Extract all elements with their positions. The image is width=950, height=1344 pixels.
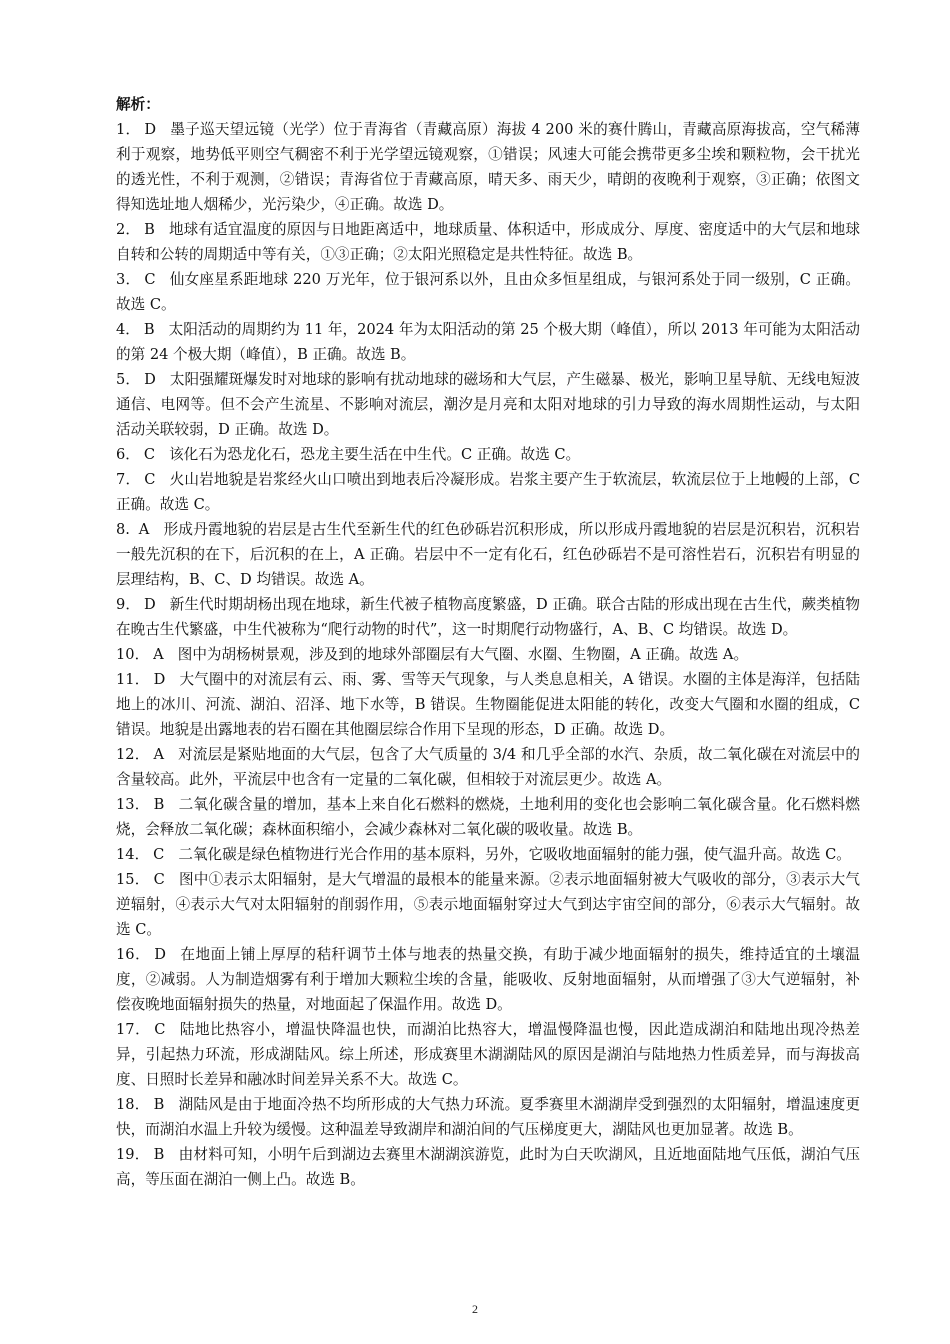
item-answer: C xyxy=(154,871,165,888)
item-answer: B xyxy=(144,221,155,238)
item-explanation: 湖陆风是由于地面冷热不均所形成的大气热力环流。夏季赛里木湖湖岸受到强烈的太阳辐射… xyxy=(116,1096,860,1138)
item-answer: C xyxy=(144,271,155,288)
item-explanation: 火山岩地貌是岩浆经火山口喷出到地表后冷凝形成。岩浆主要产生于软流层，软流层位于上… xyxy=(116,471,860,513)
item-number: 18． xyxy=(116,1096,150,1113)
item-explanation: 太阳活动的周期约为 11 年，2024 年为太阳活动的第 25 个极大期（峰值）… xyxy=(116,321,860,363)
item-answer: D xyxy=(144,596,156,613)
item-number: 10． xyxy=(116,646,149,663)
item-answer: B xyxy=(154,1096,165,1113)
item-explanation: 新生代时期胡杨出现在地球，新生代被子植物高度繁盛，D 正确。联合古陆的形成出现在… xyxy=(116,596,860,638)
item-explanation: 仙女座星系距地球 220 万光年，位于银河系以外，且由众多恒星组成，与银河系处于… xyxy=(116,271,860,313)
item-number: 8. xyxy=(116,521,135,538)
answer-item-17: 17．C陆地比热容小，增温快降温也快，而湖泊比热容大，增温慢降温也慢，因此造成湖… xyxy=(116,1017,860,1092)
item-number: 17． xyxy=(116,1021,150,1038)
item-answer: D xyxy=(154,946,166,963)
item-answer: D xyxy=(144,371,156,388)
item-number: 15． xyxy=(116,871,150,888)
item-number: 11． xyxy=(116,671,150,688)
item-answer: C xyxy=(154,1021,165,1038)
item-answer: A xyxy=(153,646,164,663)
page-number: 2 xyxy=(0,1302,950,1317)
item-number: 14． xyxy=(116,846,149,863)
item-explanation: 地球有适宜温度的原因与日地距离适中，地球质量、体积适中，形成成分、厚度、密度适中… xyxy=(116,221,860,263)
item-explanation: 图中为胡杨树景观，涉及到的地球外部圈层有大气圈、水圈、生物圈，A 正确。故选 A… xyxy=(178,646,748,663)
answer-item-2: 2．B地球有适宜温度的原因与日地距离适中，地球质量、体积适中，形成成分、厚度、密… xyxy=(116,217,860,267)
answer-item-7: 7．C火山岩地貌是岩浆经火山口喷出到地表后冷凝形成。岩浆主要产生于软流层，软流层… xyxy=(116,467,860,517)
item-explanation: 二氧化碳含量的增加，基本上来自化石燃料的燃烧，土地利用的变化也会影响二氧化碳含量… xyxy=(116,796,860,838)
answer-item-6: 6．C该化石为恐龙化石，恐龙主要生活在中生代。C 正确。故选 C。 xyxy=(116,442,860,467)
item-answer: B xyxy=(144,321,155,338)
item-explanation: 陆地比热容小，增温快降温也快，而湖泊比热容大，增温慢降温也慢，因此造成湖泊和陆地… xyxy=(116,1021,860,1088)
section-heading: 解析： xyxy=(116,92,860,117)
item-number: 5． xyxy=(116,371,140,388)
answer-item-14: 14．C二氧化碳是绿色植物进行光合作用的基本原料，另外，它吸收地面辐射的能力强，… xyxy=(116,842,860,867)
item-number: 16． xyxy=(116,946,150,963)
item-answer: A xyxy=(139,521,150,538)
item-number: 13． xyxy=(116,796,150,813)
item-answer: B xyxy=(154,1146,165,1163)
item-number: 9． xyxy=(116,596,140,613)
answer-item-12: 12．A对流层是紧贴地面的大气层，包含了大气质量的 3/4 和几乎全部的水汽、杂… xyxy=(116,742,860,792)
answer-item-3: 3．C仙女座星系距地球 220 万光年，位于银河系以外，且由众多恒星组成，与银河… xyxy=(116,267,860,317)
answer-item-10: 10．A图中为胡杨树景观，涉及到的地球外部圈层有大气圈、水圈、生物圈，A 正确。… xyxy=(116,642,860,667)
item-number: 6． xyxy=(116,446,140,463)
item-number: 12． xyxy=(116,746,149,763)
answer-item-1: 1．D墨子巡天望远镜（光学）位于青海省（青藏高原）海拔 4 200 米的赛什腾山… xyxy=(116,117,860,217)
answer-item-4: 4．B太阳活动的周期约为 11 年，2024 年为太阳活动的第 25 个极大期（… xyxy=(116,317,860,367)
item-explanation: 大气圈中的对流层有云、雨、雾、雪等天气现象，与人类息息相关，A 错误。水圈的主体… xyxy=(116,671,860,738)
item-number: 19． xyxy=(116,1146,150,1163)
item-answer: C xyxy=(144,471,155,488)
item-answer: A xyxy=(153,746,164,763)
item-explanation: 墨子巡天望远镜（光学）位于青海省（青藏高原）海拔 4 200 米的赛什腾山，青藏… xyxy=(116,121,860,213)
answer-item-19: 19．B由材料可知，小明午后到湖边去赛里木湖湖滨游览，此时为白天吹湖风，且近地面… xyxy=(116,1142,860,1192)
answer-item-11: 11．D大气圈中的对流层有云、雨、雾、雪等天气现象，与人类息息相关，A 错误。水… xyxy=(116,667,860,742)
item-explanation: 该化石为恐龙化石，恐龙主要生活在中生代。C 正确。故选 C。 xyxy=(169,446,580,463)
item-number: 1． xyxy=(116,121,140,138)
item-answer: C xyxy=(153,846,164,863)
item-answer: D xyxy=(154,671,166,688)
answer-item-18: 18．B湖陆风是由于地面冷热不均所形成的大气热力环流。夏季赛里木湖湖岸受到强烈的… xyxy=(116,1092,860,1142)
item-answer: B xyxy=(154,796,165,813)
item-number: 4． xyxy=(116,321,140,338)
answer-item-13: 13．B二氧化碳含量的增加，基本上来自化石燃料的燃烧，土地利用的变化也会影响二氧… xyxy=(116,792,860,842)
answer-item-16: 16．D在地面上铺上厚厚的秸秆调节土体与地表的热量交换，有助于减少地面辐射的损失… xyxy=(116,942,860,1017)
item-number: 7． xyxy=(116,471,140,488)
item-answer: C xyxy=(144,446,155,463)
item-explanation: 太阳强耀斑爆发时对地球的影响有扰动地球的磁场和大气层，产生磁暴、极光，影响卫星导… xyxy=(116,371,860,438)
item-number: 3． xyxy=(116,271,140,288)
item-explanation: 对流层是紧贴地面的大气层，包含了大气质量的 3/4 和几乎全部的水汽、杂质，故二… xyxy=(116,746,860,788)
item-answer: D xyxy=(144,121,156,138)
item-explanation: 二氧化碳是绿色植物进行光合作用的基本原料，另外，它吸收地面辐射的能力强，使气温升… xyxy=(178,846,851,863)
answer-item-9: 9．D新生代时期胡杨出现在地球，新生代被子植物高度繁盛，D 正确。联合古陆的形成… xyxy=(116,592,860,642)
item-number: 2． xyxy=(116,221,140,238)
item-explanation: 在地面上铺上厚厚的秸秆调节土体与地表的热量交换，有助于减少地面辐射的损失，维持适… xyxy=(116,946,860,1013)
answer-item-8: 8. A形成丹霞地貌的岩层是古生代至新生代的红色砂砾岩沉积形成，所以形成丹霞地貌… xyxy=(116,517,860,592)
answer-item-5: 5．D太阳强耀斑爆发时对地球的影响有扰动地球的磁场和大气层，产生磁暴、极光，影响… xyxy=(116,367,860,442)
item-explanation: 由材料可知，小明午后到湖边去赛里木湖湖滨游览，此时为白天吹湖风，且近地面陆地气压… xyxy=(116,1146,860,1188)
item-explanation: 图中①表示太阳辐射，是大气增温的最根本的能量来源。②表示地面辐射被大气吸收的部分… xyxy=(116,871,860,938)
answer-item-15: 15．C图中①表示太阳辐射，是大气增温的最根本的能量来源。②表示地面辐射被大气吸… xyxy=(116,867,860,942)
item-explanation: 形成丹霞地貌的岩层是古生代至新生代的红色砂砾岩沉积形成，所以形成丹霞地貌的岩层是… xyxy=(116,521,860,588)
document-page: 解析： 1．D墨子巡天望远镜（光学）位于青海省（青藏高原）海拔 4 200 米的… xyxy=(116,92,860,1192)
